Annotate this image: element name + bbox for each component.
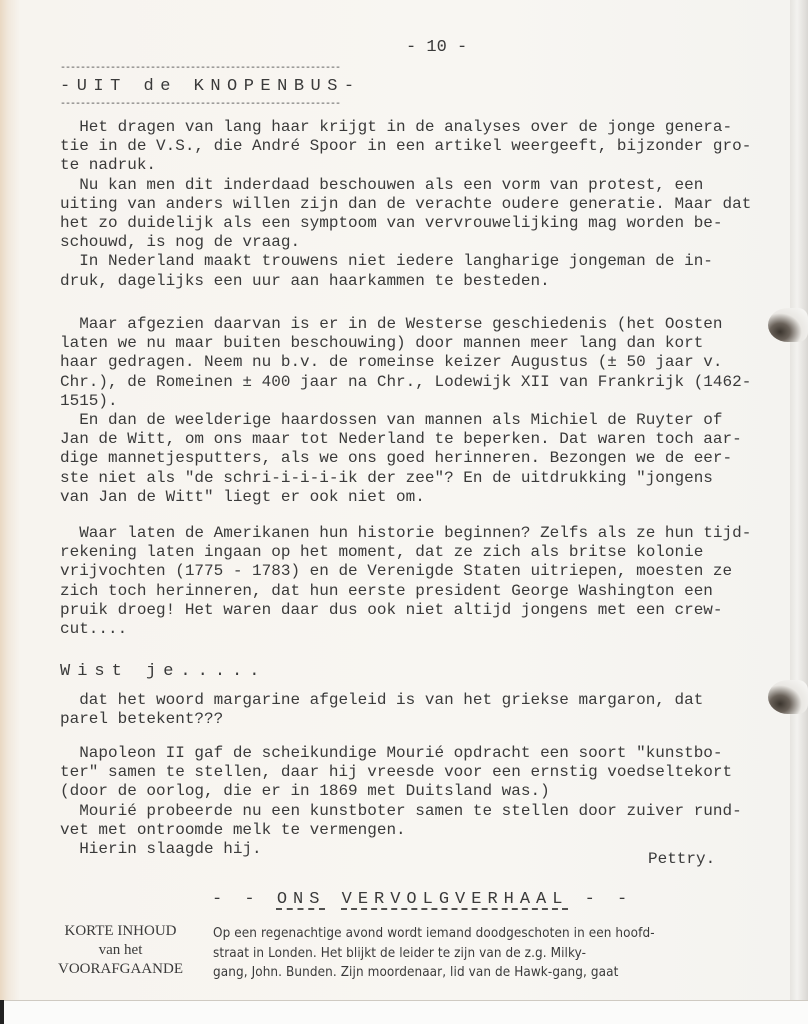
page-number: - 10 - xyxy=(406,38,467,57)
paragraph-history: Maar afgezien daarvan is er in de Wester… xyxy=(60,315,780,507)
heading-rule-top: ----------------------------------------… xyxy=(60,64,392,74)
serial-dashes-right: - - xyxy=(585,890,634,909)
paragraph-intro: Het dragen van lang haar krijgt in de an… xyxy=(60,118,780,291)
column-title: -UIT de KNOPENBUS- xyxy=(60,76,392,98)
summary-text: Op een regenachtige avond wordt iemand d… xyxy=(213,924,655,983)
paragraph-america: Waar laten de Amerikanen hun historie be… xyxy=(60,524,780,639)
paragraph-napoleon: Napoleon II gaf de scheikundige Mourié o… xyxy=(60,744,780,859)
serial-title-word1: ONS xyxy=(277,890,326,909)
serial-title-word2: VERVOLGVERHAAL xyxy=(342,890,569,909)
serial-dashes-left: - - xyxy=(212,890,261,909)
wist-je-heading: Wist je..... xyxy=(60,662,266,681)
author-signature: Pettry. xyxy=(648,850,715,868)
summary-label-line: VOORAFGAANDE xyxy=(58,960,183,979)
summary-label-line: van het xyxy=(58,941,183,960)
column-heading: ----------------------------------------… xyxy=(60,64,392,110)
summary-label-line: KORTE INHOUD xyxy=(58,922,183,941)
page-binding-edge xyxy=(790,0,808,1024)
next-page-edge xyxy=(0,1000,808,1024)
summary-label: KORTE INHOUD van het VOORAFGAANDE xyxy=(58,922,183,979)
serial-heading: - - ONS VERVOLGVERHAAL - - xyxy=(212,890,633,909)
heading-rule-bottom: ----------------------------------------… xyxy=(60,100,392,110)
scan-border xyxy=(0,1000,4,1024)
paragraph-margarine: dat het woord margarine afgeleid is van … xyxy=(60,691,780,729)
